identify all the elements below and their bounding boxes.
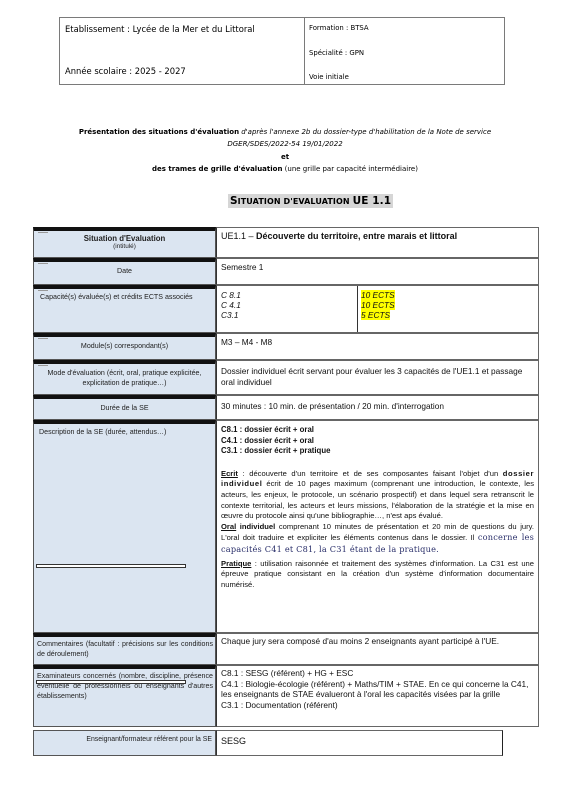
ects-item: 5 ECTS (361, 310, 390, 320)
examinateurs-label: Examinateurs concernés (nombre, discipli… (37, 672, 213, 700)
value-cell: Chaque jury sera composé d'au moins 2 en… (216, 633, 539, 665)
date-label: Date (117, 267, 132, 275)
duree-value: 30 minutes : 10 min. de présentation / 2… (221, 401, 444, 411)
situation-title: Découverte du territoire, entre marais e… (256, 231, 457, 241)
label-cell: Examinateurs concernés (nombre, discipli… (33, 665, 216, 727)
row-capacites: Capacité(s) évaluée(s) et crédits ECTS a… (33, 285, 539, 333)
description-ecrit: Ecrit : découverte d'un territoire et de… (221, 469, 534, 522)
row-modules: Module(s) correspondant(s) M3 – M4 - M8 (33, 333, 539, 360)
mode-label: Mode d'évaluation (écrit, oral, pratique… (48, 369, 202, 387)
ects-item: 10 ECTS (361, 290, 395, 300)
header-right: Formation : BTSA Spécialité : GPN Voie i… (305, 18, 504, 84)
value-cell: M3 – M4 - M8 (216, 333, 539, 360)
value-cell: Semestre 1 (216, 258, 539, 285)
oral-bold: individuel (236, 522, 275, 531)
description-line: C4.1 : dossier écrit + oral (221, 436, 534, 447)
situation-sublabel: (intitulé) (34, 243, 215, 250)
examinateur-line: C8.1 : SESG (référent) + HG + ESC (221, 668, 534, 679)
label-cell: Date (33, 258, 216, 285)
label-cell: Capacité(s) évaluée(s) et crédits ECTS a… (33, 285, 216, 333)
label-cell: Commentaires (facultatif : précisions su… (33, 633, 216, 665)
presentation-et: et (281, 153, 289, 161)
row-examinateurs: Examinateurs concernés (nombre, discipli… (33, 665, 539, 727)
formation: Formation : BTSA (309, 24, 369, 32)
label-cell: Durée de la SE (33, 395, 216, 420)
label-cell: Mode d'évaluation (écrit, oral, pratique… (33, 360, 216, 395)
value-cell: C8.1 : SESG (référent) + HG + ESC C4.1 :… (216, 665, 539, 727)
description-line: C3.1 : dossier écrit + pratique (221, 446, 534, 457)
ecrit-text: : découverte d'un territoire et de ses c… (238, 469, 503, 478)
capacites-label: Capacité(s) évaluée(s) et crédits ECTS a… (40, 293, 193, 301)
annee-scolaire: Année scolaire : 2025 - 2027 (65, 66, 186, 76)
tick-mark (38, 338, 48, 339)
examinateur-line: C3.1 : Documentation (référent) (221, 700, 534, 711)
section-title-initial: S (230, 195, 238, 207)
presentation-note: (une grille par capacité intermédiaire) (282, 165, 418, 173)
row-situation: Situation d'Evaluation (intitulé) UE1.1 … (33, 227, 539, 258)
oral-label: Oral (221, 522, 236, 531)
form-field-bar (36, 680, 186, 684)
ecrit-text-2: écrit de 10 pages maximum (comprenant un… (221, 479, 534, 520)
situation-label: Situation d'Evaluation (34, 234, 215, 243)
value-cell: SESG (216, 730, 503, 756)
tick-mark (38, 365, 48, 366)
section-title-ue: UE 1.1 (353, 195, 392, 207)
presentation-bold: Présentation des situations d'évaluation (79, 128, 239, 136)
situation-code: UE1.1 – (221, 231, 256, 241)
tick-mark (38, 232, 48, 233)
label-cell: Situation d'Evaluation (intitulé) (33, 227, 216, 258)
row-description: Description de la SE (durée, attendus…) … (33, 420, 539, 633)
value-cell: UE1.1 – Découverte du territoire, entre … (216, 227, 539, 258)
modules-value: M3 – M4 - M8 (221, 337, 272, 347)
ects-item: 10 ECTS (361, 300, 395, 310)
presentation-ref: DGER/SDES/2022-54 19/01/2022 (227, 140, 342, 148)
voie: Voie initiale (309, 73, 349, 81)
value-cell: C 8.1 C 4.1 C3.1 10 ECTS 10 ECTS 5 ECTS (216, 285, 539, 333)
ects-list: 10 ECTS 10 ECTS 5 ECTS (357, 286, 398, 332)
pratique-text: : utilisation raisonnée et traitement de… (221, 559, 534, 589)
header-left: Etablissement : Lycée de la Mer et du Li… (60, 18, 305, 84)
etablissement: Etablissement : Lycée de la Mer et du Li… (65, 24, 255, 34)
row-referent: Enseignant/formateur référent pour la SE… (33, 730, 503, 756)
description-label: Description de la SE (durée, attendus…) (39, 428, 166, 436)
date-value: Semestre 1 (221, 262, 263, 272)
header-box: Etablissement : Lycée de la Mer et du Li… (59, 17, 505, 85)
pratique-label: Pratique (221, 559, 251, 568)
value-cell: C8.1 : dossier écrit + oral C4.1 : dossi… (216, 420, 539, 633)
presentation-text: Présentation des situations d'évaluation… (40, 126, 530, 175)
label-cell: Description de la SE (durée, attendus…) (33, 420, 216, 633)
presentation-trames: des trames de grille d'évaluation (152, 165, 282, 173)
tick-mark (38, 290, 48, 291)
mode-value: Dossier individuel écrit servant pour év… (221, 366, 522, 387)
label-cell: Module(s) correspondant(s) (33, 333, 216, 360)
label-cell: Enseignant/formateur référent pour la SE (33, 730, 216, 756)
tick-mark (38, 263, 48, 264)
ecrit-label: Ecrit (221, 469, 238, 478)
section-title: SITUATION D'EVALUATION UE 1.1 (228, 194, 393, 208)
commentaires-label: Commentaires (facultatif : précisions su… (37, 640, 213, 658)
description-capacites: C8.1 : dossier écrit + oral C4.1 : dossi… (221, 425, 534, 457)
referent-label: Enseignant/formateur référent pour la SE (86, 736, 212, 743)
presentation-italic: d'après l'annexe 2b du dossier-type d'ha… (239, 128, 491, 136)
examinateur-line: C4.1 : Biologie-écologie (référent) + Ma… (221, 679, 534, 700)
description-line: C8.1 : dossier écrit + oral (221, 425, 534, 436)
row-date: Date Semestre 1 (33, 258, 539, 285)
row-mode: Mode d'évaluation (écrit, oral, pratique… (33, 360, 539, 395)
commentaires-value: Chaque jury sera composé d'au moins 2 en… (221, 636, 499, 646)
value-cell: Dossier individuel écrit servant pour év… (216, 360, 539, 395)
form-field-bar (36, 564, 186, 568)
modules-label: Module(s) correspondant(s) (81, 342, 168, 350)
description-pratique: Pratique : utilisation raisonnée et trai… (221, 559, 534, 591)
description-oral: Oral individuel comprenant 10 minutes de… (221, 522, 534, 556)
duree-label: Durée de la SE (100, 404, 148, 412)
referent-value: SESG (221, 736, 246, 746)
value-cell: 30 minutes : 10 min. de présentation / 2… (216, 395, 539, 420)
row-duree: Durée de la SE 30 minutes : 10 min. de p… (33, 395, 539, 420)
row-commentaires: Commentaires (facultatif : précisions su… (33, 633, 539, 665)
section-title-smallcaps: ITUATION D'EVALUATION (238, 197, 353, 206)
specialite: Spécialité : GPN (309, 49, 364, 57)
